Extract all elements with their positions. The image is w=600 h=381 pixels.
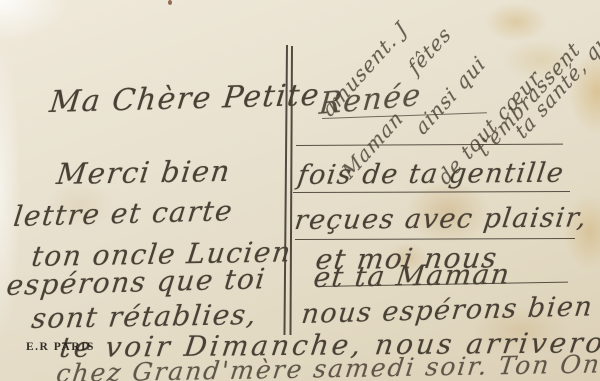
handwriting-line: nous espérons bien [300, 293, 595, 328]
handwriting-line: espérons que toi [5, 265, 268, 300]
handwriting-line: fois de ta gentille [296, 160, 566, 189]
publisher-mark: E.R PARIS [26, 341, 95, 353]
handwriting-line: et ta Maman [312, 261, 512, 292]
address-line [293, 191, 570, 193]
postcard-back: Ma Chère Petite Renée Merci bien lettre … [0, 0, 600, 381]
handwriting-line: Merci bien [55, 157, 233, 189]
corner-note-line: fêtes [405, 23, 455, 78]
salutation: Ma Chère Petite [48, 81, 322, 118]
corner-note-line: t'embrassent [474, 38, 584, 160]
handwriting-line: lettre et carte [12, 197, 235, 231]
handwriting-line: reçues avec plaisir, [293, 204, 589, 234]
ink-speck [168, 0, 172, 5]
address-line [296, 144, 563, 147]
handwriting-line: sont rétablies, [30, 301, 259, 333]
address-line [295, 238, 575, 240]
